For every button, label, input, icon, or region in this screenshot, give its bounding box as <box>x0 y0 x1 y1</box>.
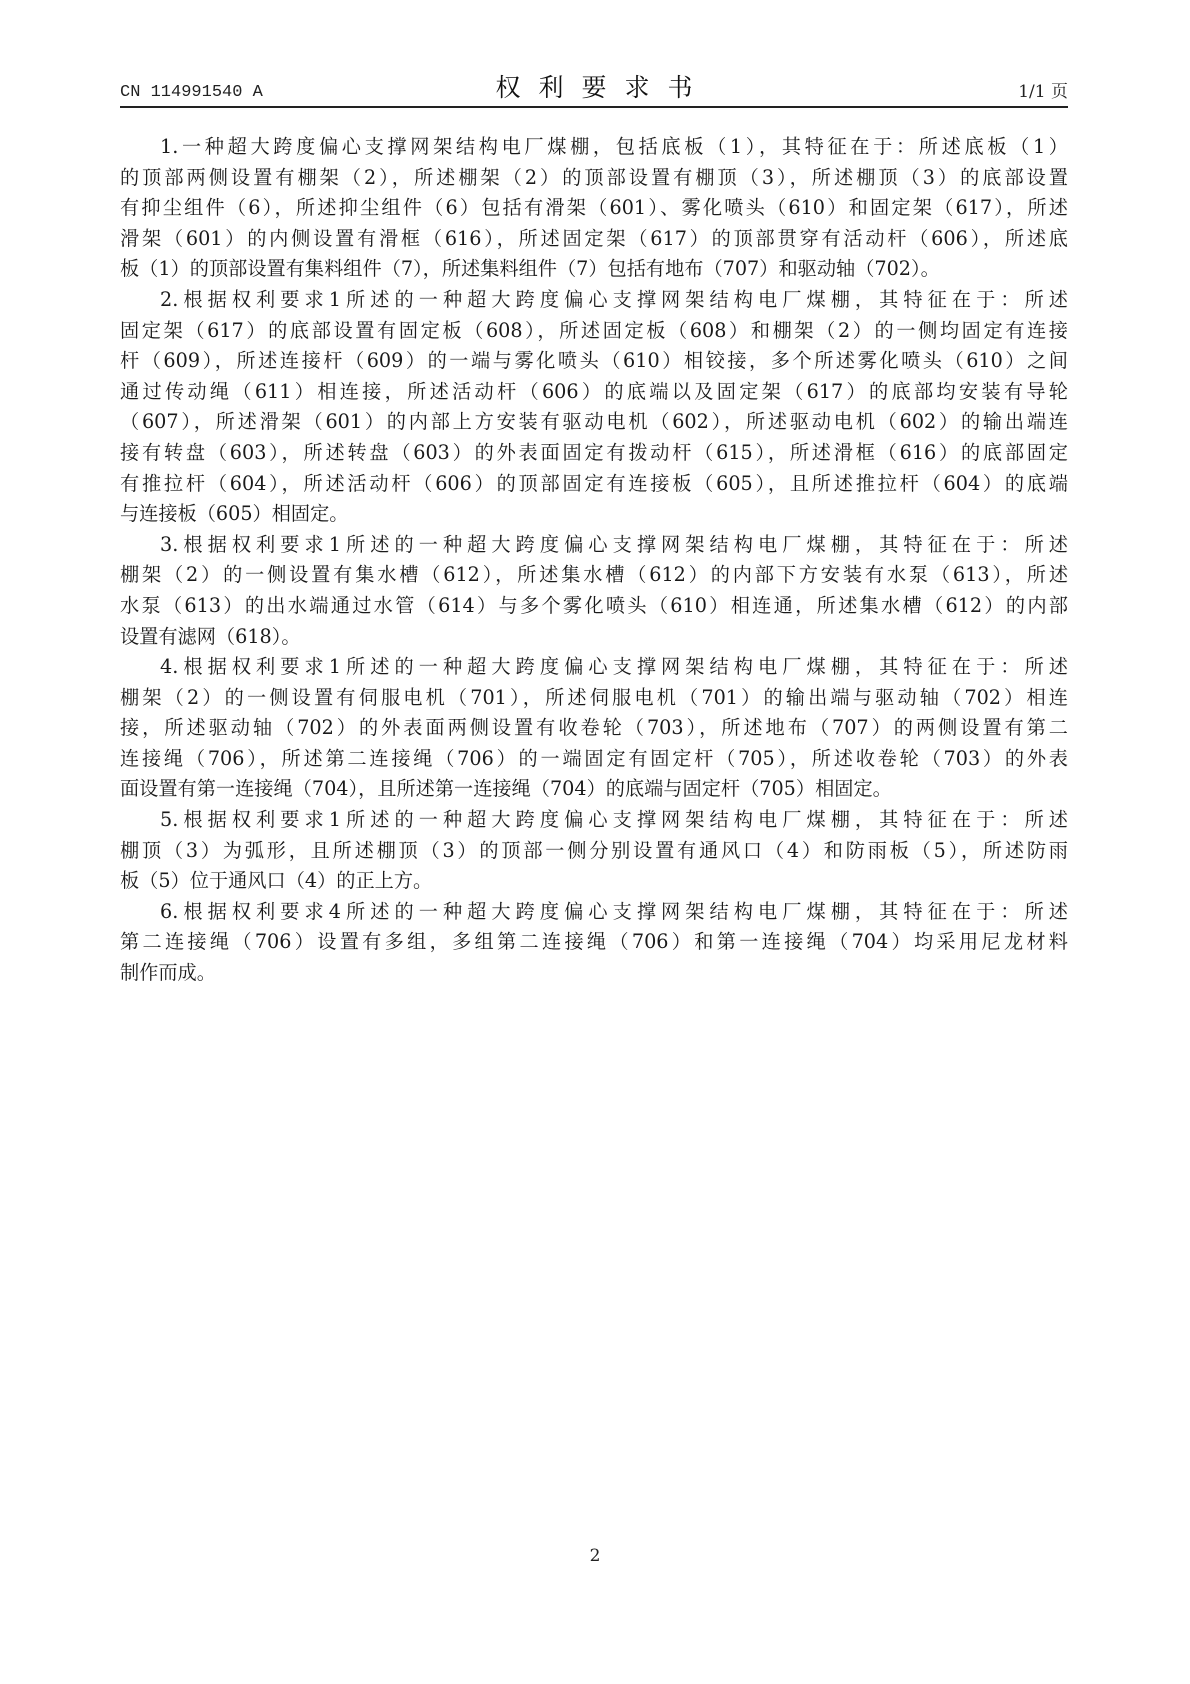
claim-5: 5.根据权利要求1所述的一种超大跨度偏心支撑网架结构电厂煤棚，其特征在于：所述 … <box>120 805 1068 897</box>
claim-line: 5.根据权利要求1所述的一种超大跨度偏心支撑网架结构电厂煤棚，其特征在于：所述 <box>120 805 1068 836</box>
claim-line: 设置有滤网（618）。 <box>120 622 1068 653</box>
claim-line: 2.根据权利要求1所述的一种超大跨度偏心支撑网架结构电厂煤棚，其特征在于：所述 <box>120 285 1068 316</box>
header-divider <box>120 106 1068 108</box>
claim-line: 3.根据权利要求1所述的一种超大跨度偏心支撑网架结构电厂煤棚，其特征在于：所述 <box>120 530 1068 561</box>
claim-line: 4.根据权利要求1所述的一种超大跨度偏心支撑网架结构电厂煤棚，其特征在于：所述 <box>120 652 1068 683</box>
page-number: 2 <box>0 1546 1190 1566</box>
claim-line: 有推拉杆（604），所述活动杆（606）的顶部固定有连接板（605），且所述推拉… <box>120 469 1068 500</box>
claim-line: 水泵（613）的出水端通过水管（614）与多个雾化喷头（610）相连通，所述集水… <box>120 591 1068 622</box>
claim-line: 杆（609），所述连接杆（609）的一端与雾化喷头（610）相铰接，多个所述雾化… <box>120 346 1068 377</box>
claim-line: 与连接板（605）相固定。 <box>120 499 1068 530</box>
claim-1: 1.一种超大跨度偏心支撑网架结构电厂煤棚，包括底板（1），其特征在于：所述底板（… <box>120 132 1068 285</box>
claim-line: 固定架（617）的底部设置有固定板（608），所述固定板（608）和棚架（2）的… <box>120 316 1068 347</box>
claim-line: 6.根据权利要求4所述的一种超大跨度偏心支撑网架结构电厂煤棚，其特征在于：所述 <box>120 897 1068 928</box>
claim-line: 的顶部两侧设置有棚架（2），所述棚架（2）的顶部设置有棚顶（3），所述棚顶（3）… <box>120 163 1068 194</box>
claim-2: 2.根据权利要求1所述的一种超大跨度偏心支撑网架结构电厂煤棚，其特征在于：所述 … <box>120 285 1068 530</box>
claim-6: 6.根据权利要求4所述的一种超大跨度偏心支撑网架结构电厂煤棚，其特征在于：所述 … <box>120 897 1068 989</box>
claim-line: 棚架（2）的一侧设置有伺服电机（701），所述伺服电机（701）的输出端与驱动轴… <box>120 683 1068 714</box>
claims-body: 1.一种超大跨度偏心支撑网架结构电厂煤棚，包括底板（1），其特征在于：所述底板（… <box>120 132 1068 989</box>
claim-line: 滑架（601）的内侧设置有滑框（616），所述固定架（617）的顶部贯穿有活动杆… <box>120 224 1068 255</box>
page-header: CN 114991540 A 权利要求书 1/1 页 <box>120 72 1068 108</box>
claim-3: 3.根据权利要求1所述的一种超大跨度偏心支撑网架结构电厂煤棚，其特征在于：所述 … <box>120 530 1068 652</box>
claim-line: 通过传动绳（611）相连接，所述活动杆（606）的底端以及固定架（617）的底部… <box>120 377 1068 408</box>
document-title: 权利要求书 <box>120 68 1068 104</box>
claim-line: 棚架（2）的一侧设置有集水槽（612），所述集水槽（612）的内部下方安装有水泵… <box>120 560 1068 591</box>
claim-line: 第二连接绳（706）设置有多组，多组第二连接绳（706）和第一连接绳（704）均… <box>120 927 1068 958</box>
claim-line: 接，所述驱动轴（702）的外表面两侧设置有收卷轮（703），所述地布（707）的… <box>120 713 1068 744</box>
claim-4: 4.根据权利要求1所述的一种超大跨度偏心支撑网架结构电厂煤棚，其特征在于：所述 … <box>120 652 1068 805</box>
claim-line: 板（1）的顶部设置有集料组件（7），所述集料组件（7）包括有地布（707）和驱动… <box>120 254 1068 285</box>
claim-line: 有抑尘组件（6），所述抑尘组件（6）包括有滑架（601）、雾化喷头（610）和固… <box>120 193 1068 224</box>
claim-line: 连接绳（706），所述第二连接绳（706）的一端固定有固定杆（705），所述收卷… <box>120 744 1068 775</box>
claim-line: 接有转盘（603），所述转盘（603）的外表面固定有拨动杆（615），所述滑框（… <box>120 438 1068 469</box>
claim-line: 1.一种超大跨度偏心支撑网架结构电厂煤棚，包括底板（1），其特征在于：所述底板（… <box>120 132 1068 163</box>
claim-line: （607），所述滑架（601）的内部上方安装有驱动电机（602），所述驱动电机（… <box>120 407 1068 438</box>
page-count: 1/1 页 <box>1018 77 1068 102</box>
claim-line: 面设置有第一连接绳（704），且所述第一连接绳（704）的底端与固定杆（705）… <box>120 774 1068 805</box>
claim-line: 板（5）位于通风口（4）的正上方。 <box>120 866 1068 897</box>
claim-line: 棚顶（3）为弧形，且所述棚顶（3）的顶部一侧分别设置有通风口（4）和防雨板（5）… <box>120 836 1068 867</box>
claim-line: 制作而成。 <box>120 958 1068 989</box>
